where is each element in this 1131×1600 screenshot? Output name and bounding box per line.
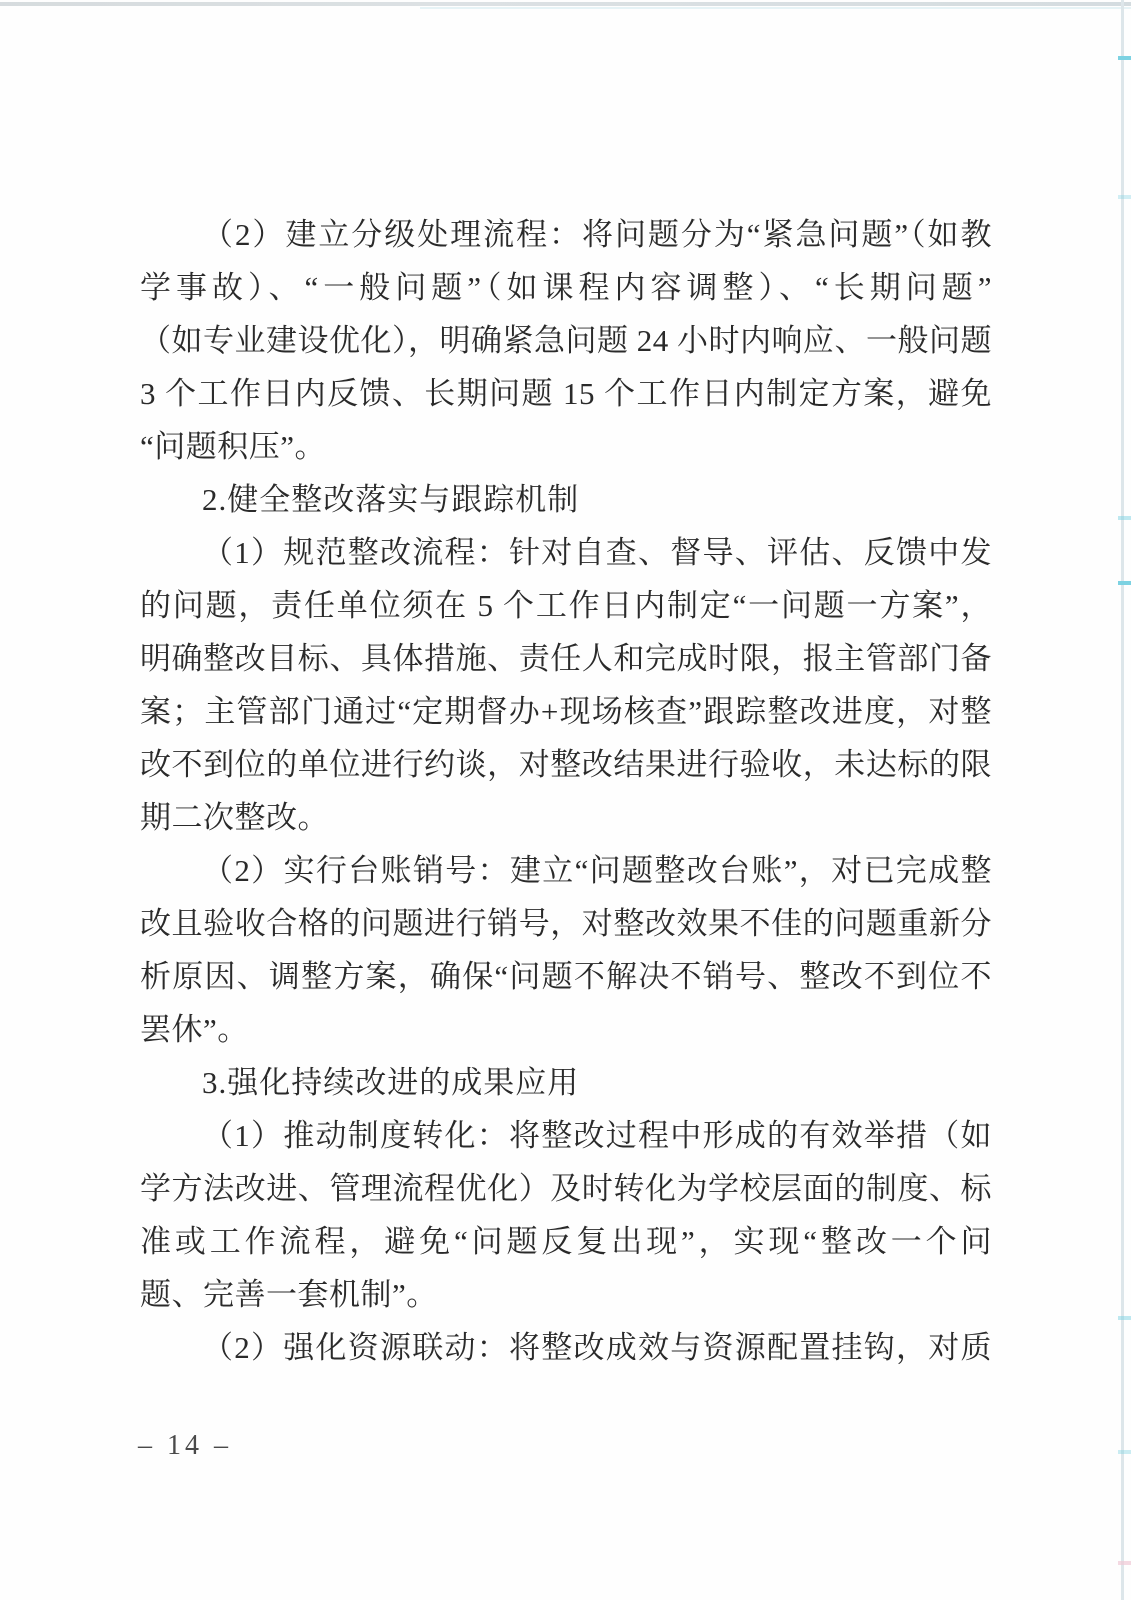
text-line: 学方法改进、管理流程优化）及时转化为学校层面的制度、标 [140, 1162, 992, 1215]
text-line: 改且验收合格的问题进行销号，对整改效果不佳的问题重新分 [140, 897, 992, 950]
scan-registration-tick [1118, 56, 1131, 60]
text-line: （1）推动制度转化：将整改过程中形成的有效举措（如教 [140, 1109, 992, 1162]
text-line: 准或工作流程，避免“问题反复出现”，实现“整改一个问 [140, 1215, 992, 1268]
text-line: 题、完善一套机制”。 [140, 1268, 992, 1321]
text-line: 学事故）、“一般问题”（如课程内容调整）、“长期问题” [140, 261, 992, 314]
text-line: （2）强化资源联动：将整改成效与资源配置挂钩，对质量 [140, 1321, 992, 1374]
section-heading: 2.健全整改落实与跟踪机制 [140, 473, 992, 526]
scan-registration-tick [1118, 195, 1131, 199]
page-number: – 14 – [138, 1428, 232, 1464]
text-line: 期二次整改。 [140, 791, 992, 844]
text-line: 改不到位的单位进行约谈，对整改结果进行验收，未达标的限 [140, 738, 992, 791]
scan-registration-tick [1118, 516, 1131, 520]
text-line: （1）规范整改流程：针对自查、督导、评估、反馈中发现 [140, 526, 992, 579]
text-line: 的问题，责任单位须在 5 个工作日内制定“一问题一方案”， [140, 579, 992, 632]
text-line: 析原因、调整方案，确保“问题不解决不销号、整改不到位不 [140, 950, 992, 1003]
text-line: 罢休”。 [140, 1003, 992, 1056]
text-line: 3 个工作日内反馈、长期问题 15 个工作日内制定方案，避免 [140, 367, 992, 420]
scan-registration-tick [1118, 1450, 1131, 1454]
text-line: （2）建立分级处理流程：将问题分为“紧急问题”（如教 [140, 208, 992, 261]
document-body: （2）建立分级处理流程：将问题分为“紧急问题”（如教 学事故）、“一般问题”（如… [140, 208, 992, 1374]
scan-registration-tick [1118, 1561, 1131, 1565]
text-line: “问题积压”。 [140, 420, 992, 473]
scan-edge-top-tint [420, 7, 1131, 9]
scan-registration-tick [1118, 1316, 1131, 1320]
scan-edge-right-line [1121, 0, 1124, 1600]
document-page: （2）建立分级处理流程：将问题分为“紧急问题”（如教 学事故）、“一般问题”（如… [0, 0, 1131, 1600]
scan-edge-top-line [0, 2, 1131, 6]
section-heading: 3.强化持续改进的成果应用 [140, 1056, 992, 1109]
scan-registration-tick [1118, 581, 1131, 585]
text-line: 明确整改目标、具体措施、责任人和完成时限，报主管部门备 [140, 632, 992, 685]
text-line: 案；主管部门通过“定期督办+现场核查”跟踪整改进度，对整 [140, 685, 992, 738]
text-line: （如专业建设优化），明确紧急问题 24 小时内响应、一般问题 [140, 314, 992, 367]
text-line: （2）实行台账销号：建立“问题整改台账”，对已完成整 [140, 844, 992, 897]
